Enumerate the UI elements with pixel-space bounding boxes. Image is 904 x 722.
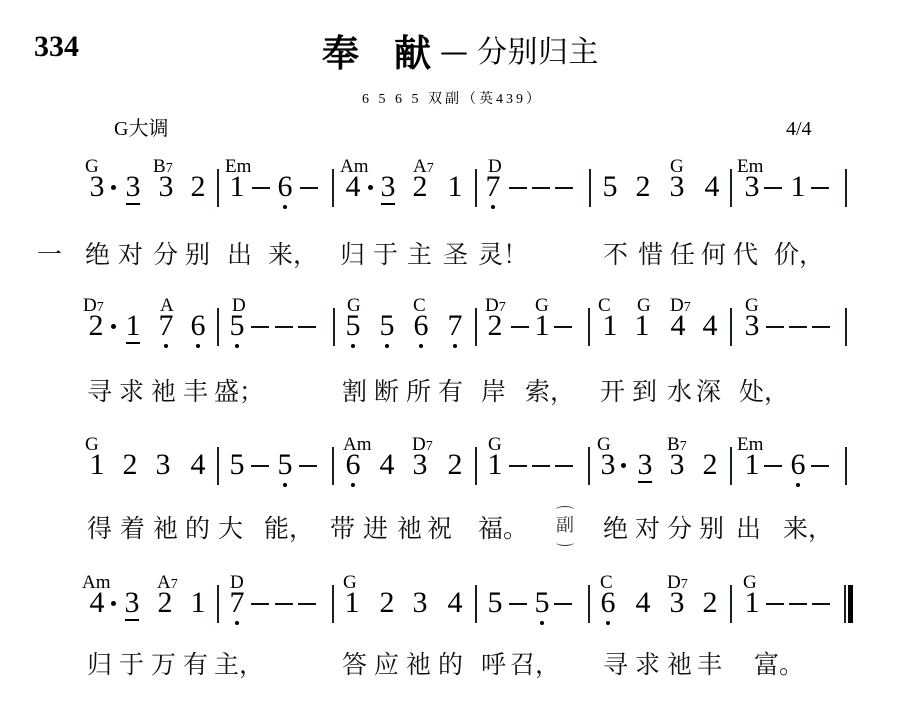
note: 4 [85, 588, 109, 618]
note: 7 [481, 172, 505, 202]
sustain-dash [532, 187, 550, 189]
low-octave-dot [196, 344, 200, 348]
note: 1 [786, 172, 810, 202]
note: 3 [376, 172, 400, 202]
note: 4 [666, 311, 690, 341]
note: 5 [598, 172, 622, 202]
sustain-dash [275, 603, 293, 605]
low-octave-dot [351, 483, 355, 487]
lyric-syllable: 万 [151, 651, 176, 678]
lyric-syllable: 祂 [153, 515, 178, 542]
time-signature: 4/4 [786, 118, 812, 140]
lyric-syllable: 开 [600, 378, 625, 405]
lyric-syllable: 绝 [85, 241, 110, 268]
lyric-syllable: 祂 [151, 378, 176, 405]
note-digit: 4 [186, 450, 210, 480]
note-digit: 4 [700, 172, 724, 202]
lyric-syllable: 归 [340, 241, 365, 268]
lyric-syllable: 分 [153, 241, 178, 268]
lyric-syllable: 岸 [481, 378, 506, 405]
note-digit: 1 [483, 450, 507, 480]
note-digit: 5 [483, 588, 507, 618]
lyric-syllable: 有 [183, 651, 208, 678]
note-digit: 2 [408, 172, 432, 202]
lyric-syllable: 带 [330, 515, 355, 542]
note: 5 [341, 311, 365, 341]
lyric-syllable: 对 [635, 515, 660, 542]
augmentation-dot [111, 601, 116, 606]
note-digit: 2 [153, 588, 177, 618]
note-digit: 6 [186, 311, 210, 341]
lyric-syllable: 主 [407, 241, 432, 268]
note: 1 [598, 311, 622, 341]
note-digit: 2 [443, 450, 467, 480]
note-digit: 3 [120, 588, 144, 618]
lyric-syllable: 寻 [603, 651, 628, 678]
barline [217, 169, 219, 207]
lyric-syllable: 任 [670, 241, 695, 268]
lyric-syllable: 主， [214, 651, 264, 678]
sustain-dash [554, 603, 572, 605]
lyric-syllable: 寻 [87, 378, 112, 405]
barline [588, 447, 590, 485]
lyric-syllable: 分 [667, 515, 692, 542]
lyric-syllable: 盛； [214, 378, 264, 405]
note: 1 [85, 450, 109, 480]
lyric-syllable: 的 [438, 651, 463, 678]
barline [845, 447, 847, 485]
eighth-underline [638, 481, 652, 483]
barline [588, 308, 590, 346]
note: 1 [443, 172, 467, 202]
augmentation-dot [368, 185, 373, 190]
sustain-dash [555, 187, 573, 189]
note: 4 [700, 172, 724, 202]
lyric-syllable: 到 [632, 378, 657, 405]
sustain-dash [511, 326, 529, 328]
note-digit: 1 [85, 450, 109, 480]
verse-number: 一 [37, 241, 62, 268]
lyric-syllable: 求 [635, 651, 660, 678]
lyric-syllable: 祂 [397, 515, 422, 542]
note-digit: 3 [633, 450, 657, 480]
note-digit: 3 [665, 450, 689, 480]
note: 5 [375, 311, 399, 341]
sustain-dash [299, 465, 317, 467]
low-octave-dot [351, 344, 355, 348]
sustain-dash [811, 187, 829, 189]
low-octave-dot [283, 483, 287, 487]
note: 2 [118, 450, 142, 480]
note-digit: 2 [186, 172, 210, 202]
note-digit: 2 [631, 172, 655, 202]
note: 4 [375, 450, 399, 480]
note-digit: 1 [598, 311, 622, 341]
note-digit: 5 [530, 588, 554, 618]
note-digit: 7 [481, 172, 505, 202]
note-digit: 4 [443, 588, 467, 618]
sustain-dash [300, 187, 318, 189]
note-digit: 1 [630, 311, 654, 341]
note: 5 [483, 588, 507, 618]
note-digit: 6 [273, 172, 297, 202]
note: 1 [186, 588, 210, 618]
lyric-syllable: 处， [739, 378, 789, 405]
note: 4 [698, 311, 722, 341]
note: 6 [341, 450, 365, 480]
low-octave-dot [235, 621, 239, 625]
barline [217, 447, 219, 485]
note: 3 [408, 450, 432, 480]
lyric-syllable: 归 [87, 651, 112, 678]
barline [730, 585, 732, 623]
title-separator: — [440, 38, 468, 66]
note: 2 [408, 172, 432, 202]
note: 2 [698, 450, 722, 480]
lyric-syllable: 水 [667, 378, 692, 405]
note: 3 [665, 172, 689, 202]
sustain-dash [251, 465, 269, 467]
music-system-2: D7ADGCD7GCGD7G2176555672111443 [0, 296, 904, 356]
sustain-dash [811, 465, 829, 467]
note-digit: 6 [341, 450, 365, 480]
low-octave-dot [606, 621, 610, 625]
lyric-syllable: 出 [736, 515, 761, 542]
note: 3 [740, 311, 764, 341]
augmentation-dot [111, 185, 116, 190]
note: 5 [530, 588, 554, 618]
hymn-number: 334 [34, 32, 79, 62]
lyric-syllable: 所 [406, 378, 431, 405]
lyric-syllable: 的 [185, 515, 210, 542]
sustain-dash [764, 465, 782, 467]
barline [217, 308, 219, 346]
sustain-dash [298, 326, 316, 328]
note-digit: 6 [409, 311, 433, 341]
note-digit: 1 [740, 450, 764, 480]
note: 3 [151, 450, 175, 480]
note: 3 [740, 172, 764, 202]
note-digit: 1 [225, 172, 249, 202]
sustain-dash [789, 326, 807, 328]
bracket-arc-bottom [556, 539, 574, 546]
sustain-dash [812, 603, 830, 605]
barline [217, 585, 219, 623]
note: 7 [443, 311, 467, 341]
lyric-line-3: 得着祂的大能，带进祂祝福。副绝对分别出来， [0, 515, 904, 545]
lyric-syllable: 福。 [478, 515, 528, 542]
barline [332, 447, 334, 485]
note-digit: 5 [341, 311, 365, 341]
note: 2 [698, 588, 722, 618]
note-digit: 4 [375, 450, 399, 480]
note-digit: 2 [698, 588, 722, 618]
sustain-dash [275, 326, 293, 328]
note: 3 [121, 172, 145, 202]
lyric-syllable: 别 [185, 241, 210, 268]
eighth-underline [126, 342, 140, 344]
lyric-syllable: 圣 [443, 241, 468, 268]
note-digit: 1 [121, 311, 145, 341]
barline [845, 169, 847, 207]
sustain-dash [532, 465, 550, 467]
eighth-underline [126, 203, 140, 205]
title-char-1: 奉 [322, 34, 359, 74]
note: 3 [596, 450, 620, 480]
meter-info: 6 5 6 5 双副（英439） [362, 91, 543, 109]
note: 3 [665, 588, 689, 618]
lyric-line-1: 一绝对分别出来，归于主圣灵！不惜任何代价， [0, 241, 904, 271]
note-digit: 1 [443, 172, 467, 202]
note: 1 [530, 311, 554, 341]
barline [333, 308, 335, 346]
lyric-syllable: 能， [264, 515, 314, 542]
music-system-1: GB7EmAmA7DGEm33321643217523431 [0, 157, 904, 217]
low-octave-dot [385, 344, 389, 348]
lyric-syllable: 索， [525, 378, 575, 405]
lyric-syllable: 别 [699, 515, 724, 542]
barline [730, 169, 732, 207]
note-digit: 3 [665, 172, 689, 202]
note: 2 [375, 588, 399, 618]
note-digit: 4 [341, 172, 365, 202]
lyric-syllable: 出 [227, 241, 252, 268]
final-barline-thin [844, 585, 846, 623]
refrain-label: 副 [555, 515, 575, 537]
lyric-syllable: 价， [774, 241, 824, 268]
note-digit: 2 [483, 311, 507, 341]
note: 4 [443, 588, 467, 618]
lyric-syllable: 着 [120, 515, 145, 542]
lyric-syllable: 灵！ [478, 241, 528, 268]
low-octave-dot [164, 344, 168, 348]
note-digit: 1 [340, 588, 364, 618]
note-digit: 3 [408, 588, 432, 618]
lyric-syllable: 得 [87, 515, 112, 542]
barline [475, 447, 477, 485]
note-digit: 7 [443, 311, 467, 341]
note: 1 [340, 588, 364, 618]
lyric-syllable: 来， [783, 515, 833, 542]
low-octave-dot [796, 483, 800, 487]
note: 3 [85, 172, 109, 202]
sustain-dash [555, 465, 573, 467]
lyric-syllable: 割 [342, 378, 367, 405]
note-digit: 6 [786, 450, 810, 480]
note: 2 [443, 450, 467, 480]
note: 4 [631, 588, 655, 618]
note-digit: 3 [376, 172, 400, 202]
note: 7 [154, 311, 178, 341]
note-digit: 1 [740, 588, 764, 618]
note: 6 [409, 311, 433, 341]
lyric-syllable: 求 [119, 378, 144, 405]
lyric-syllable: 不 [603, 241, 628, 268]
lyric-line-4: 归于万有主，答应祂的呼召，寻求祂丰富。 [0, 651, 904, 681]
sustain-dash [509, 187, 527, 189]
note-digit: 3 [121, 172, 145, 202]
lyric-syllable: 祂 [667, 651, 692, 678]
note: 2 [84, 311, 108, 341]
note: 1 [483, 450, 507, 480]
note-digit: 4 [85, 588, 109, 618]
note: 3 [633, 450, 657, 480]
note: 3 [408, 588, 432, 618]
lyric-syllable: 丰 [697, 651, 722, 678]
sustain-dash [554, 326, 572, 328]
sustain-dash [766, 326, 784, 328]
lyric-syllable: 何 [701, 241, 726, 268]
note: 5 [273, 450, 297, 480]
bracket-arc-top [556, 506, 574, 513]
note: 5 [225, 450, 249, 480]
note: 6 [596, 588, 620, 618]
low-octave-dot [540, 621, 544, 625]
barline [475, 585, 477, 623]
note-digit: 2 [118, 450, 142, 480]
note: 1 [121, 311, 145, 341]
sustain-dash [766, 603, 784, 605]
note-digit: 5 [375, 311, 399, 341]
barline [475, 169, 477, 207]
barline [845, 308, 847, 346]
lyric-syllable: 惜 [638, 241, 663, 268]
lyric-syllable: 应 [374, 651, 399, 678]
hymn-subtitle: 分别归主 [477, 36, 599, 70]
note-digit: 4 [698, 311, 722, 341]
note: 2 [153, 588, 177, 618]
note-digit: 5 [598, 172, 622, 202]
note-digit: 7 [225, 588, 249, 618]
lyric-syllable: 于 [373, 241, 398, 268]
note-digit: 6 [596, 588, 620, 618]
note-digit: 3 [85, 172, 109, 202]
eighth-underline [125, 619, 139, 621]
lyric-syllable: 代 [733, 241, 758, 268]
sustain-dash [251, 326, 269, 328]
note-digit: 2 [84, 311, 108, 341]
lyric-syllable: 召， [510, 651, 560, 678]
key-signature: G大调 [114, 118, 168, 140]
sustain-dash [298, 603, 316, 605]
barline [730, 308, 732, 346]
lyric-syllable: 呼 [481, 651, 506, 678]
note-digit: 1 [786, 172, 810, 202]
lyric-syllable: 祂 [406, 651, 431, 678]
low-octave-dot [419, 344, 423, 348]
augmentation-dot [621, 463, 626, 468]
note-digit: 5 [225, 450, 249, 480]
note: 6 [186, 311, 210, 341]
sustain-dash [251, 603, 269, 605]
lyric-syllable: 深 [696, 378, 721, 405]
lyric-syllable: 对 [118, 241, 143, 268]
note: 2 [186, 172, 210, 202]
lyric-syllable: 有 [438, 378, 463, 405]
lyric-syllable: 于 [119, 651, 144, 678]
note-digit: 3 [151, 450, 175, 480]
note-digit: 3 [740, 311, 764, 341]
note-digit: 1 [530, 311, 554, 341]
barline [332, 585, 334, 623]
note-digit: 3 [665, 588, 689, 618]
sustain-dash [509, 465, 527, 467]
lyric-line-2: 寻求祂丰盛；割断所有岸索，开到水深处， [0, 378, 904, 408]
lyric-syllable: 丰 [183, 378, 208, 405]
note-digit: 3 [596, 450, 620, 480]
lyric-syllable: 答 [342, 651, 367, 678]
sustain-dash [764, 187, 782, 189]
note-digit: 3 [740, 172, 764, 202]
lyric-syllable: 进 [363, 515, 388, 542]
low-octave-dot [491, 205, 495, 209]
lyric-syllable: 大 [218, 515, 243, 542]
lyric-syllable: 来， [268, 241, 318, 268]
note: 6 [786, 450, 810, 480]
final-barline-thick [848, 585, 853, 623]
music-system-3: GAmD7GGB7Em12345564321333216 [0, 435, 904, 495]
music-system-4: AmA7DGCD7G4321712345564321 [0, 573, 904, 633]
note-digit: 3 [408, 450, 432, 480]
note: 1 [740, 450, 764, 480]
barline [589, 169, 591, 207]
note: 1 [740, 588, 764, 618]
note: 6 [273, 172, 297, 202]
note: 4 [186, 450, 210, 480]
note: 2 [631, 172, 655, 202]
refrain-marker: 副 [555, 506, 575, 546]
eighth-underline [381, 203, 395, 205]
note: 3 [154, 172, 178, 202]
barline [475, 308, 477, 346]
note-digit: 3 [154, 172, 178, 202]
note: 3 [665, 450, 689, 480]
sustain-dash [789, 603, 807, 605]
low-octave-dot [235, 344, 239, 348]
sustain-dash [252, 187, 270, 189]
lyric-syllable: 绝 [603, 515, 628, 542]
note: 7 [225, 588, 249, 618]
note-digit: 4 [631, 588, 655, 618]
note: 1 [225, 172, 249, 202]
note-digit: 5 [273, 450, 297, 480]
title-char-2: 献 [394, 34, 431, 74]
barline [730, 447, 732, 485]
note: 5 [225, 311, 249, 341]
sustain-dash [812, 326, 830, 328]
lyric-syllable: 富。 [754, 651, 804, 678]
note-digit: 7 [154, 311, 178, 341]
low-octave-dot [283, 205, 287, 209]
lyric-syllable: 断 [374, 378, 399, 405]
note: 1 [630, 311, 654, 341]
barline [332, 169, 334, 207]
hymn-sheet: 334 奉 献 — 分别归主 6 5 6 5 双副（英439） G大调 4/4 … [0, 0, 904, 722]
low-octave-dot [453, 344, 457, 348]
sustain-dash [509, 603, 527, 605]
note: 4 [341, 172, 365, 202]
note-digit: 2 [375, 588, 399, 618]
note-digit: 5 [225, 311, 249, 341]
augmentation-dot [111, 324, 116, 329]
note-digit: 1 [186, 588, 210, 618]
barline [588, 585, 590, 623]
note-digit: 2 [698, 450, 722, 480]
note: 2 [483, 311, 507, 341]
lyric-syllable: 祝 [427, 515, 452, 542]
note: 3 [120, 588, 144, 618]
note-digit: 4 [666, 311, 690, 341]
